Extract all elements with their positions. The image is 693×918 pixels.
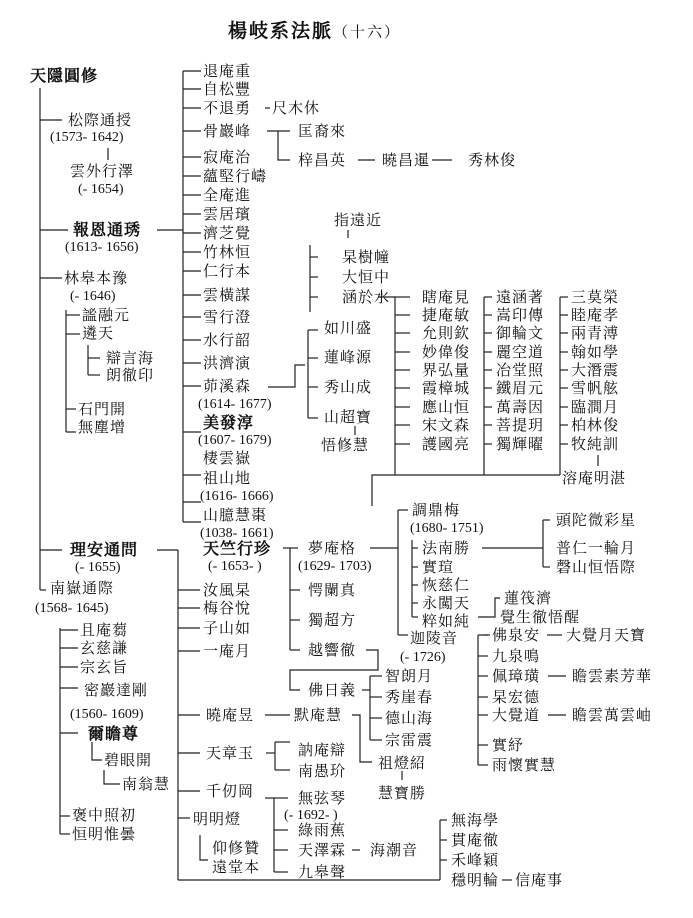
node-erzhan: 爾瞻尊 — [88, 725, 139, 742]
node-qingshan: 磬山恒悟際 — [556, 559, 636, 576]
node-c4: 骨巖峰 — [203, 123, 251, 140]
node-gaohong: 杲宏德 — [492, 689, 540, 706]
node-hanyu: 涵於水 — [342, 289, 390, 306]
node-kuoci: 恢慈仁 — [422, 577, 470, 594]
col1-item: 應山恒 — [422, 399, 470, 416]
node-c3a: 尺木休 — [272, 100, 320, 117]
node-puren: 普仁一輪月 — [556, 540, 636, 557]
node-nean: 訥庵辯 — [298, 742, 346, 759]
node-xiuya: 秀崖春 — [385, 689, 433, 706]
col2-item: 冶堂照 — [496, 362, 544, 379]
node-yian: 一庵月 — [203, 643, 251, 660]
col2-item: 鐵眉元 — [496, 380, 544, 397]
node-qianren: 千仞岡 — [206, 783, 254, 800]
node-shixuan: 實瑄 — [422, 559, 454, 576]
node-qiean: 且庵蒭 — [80, 622, 128, 639]
node-c11: 仁行本 — [203, 263, 251, 280]
node-langche: 朗徹印 — [106, 367, 154, 384]
col3-item: 兩青溥 — [571, 325, 619, 342]
node-duchao: 獨超方 — [308, 612, 356, 629]
node-tianzhang: 天章玉 — [206, 745, 254, 762]
node-c4a: 匡裔來 — [298, 123, 346, 140]
col2-item: 萬壽因 — [496, 399, 544, 416]
node-nanweng: 南翁慧 — [122, 776, 170, 793]
node-ruchuan: 如川盛 — [324, 320, 372, 337]
node-zhilang: 智朗月 — [385, 668, 433, 685]
node-c3: 不退勇 — [203, 100, 251, 117]
node-c5: 寂庵治 — [203, 149, 251, 166]
col2-item: 嵩印傳 — [496, 307, 544, 324]
node-fori: 佛日義 — [308, 682, 356, 699]
node-shiyu: 實紓 — [492, 737, 524, 754]
node-lianfeng: 蓮峰源 — [324, 349, 372, 366]
col1-item: 捷庵敏 — [422, 307, 470, 324]
node-lianfa: 蓮筏濟 — [504, 590, 552, 607]
node-xiaoan: 曉庵昱 — [206, 707, 254, 724]
node-yuexiang: 越響徹 — [308, 642, 356, 659]
dates-jialing: (- 1726) — [400, 650, 446, 666]
node-ruofeng: 汝風杲 — [203, 582, 251, 599]
node-guanan: 貫庵徹 — [451, 832, 499, 849]
node-foquan: 佛泉安 — [492, 627, 540, 644]
node-jiuquan2: 九皋聲 — [298, 864, 346, 881]
node-zongxuan: 宗玄旨 — [80, 659, 128, 676]
node-dajue1: 大覺月天寶 — [566, 627, 646, 644]
node-c4d: 秀林俊 — [468, 152, 516, 169]
node-deshan: 德山海 — [385, 710, 433, 727]
node-yongchuang: 永闖天 — [422, 595, 470, 612]
node-zhanyun2: 瞻雲萬雲岫 — [572, 707, 652, 724]
node-yirong: 謐融元 — [82, 307, 130, 324]
col3-item: 柏林俊 — [571, 417, 619, 434]
col1-item: 妙偉俊 — [422, 344, 470, 361]
node-nanyue: 南嶽通際 — [50, 580, 114, 597]
node-xinan: 信庵事 — [515, 872, 563, 889]
node-c9: 濟芝覺 — [203, 225, 251, 242]
node-biyan: 碧眼開 — [104, 752, 152, 769]
node-peizhang: 佩璋璜 — [492, 668, 540, 685]
dates-c17: (1607- 1679) — [198, 433, 272, 449]
lineage-diagram: 楊岐系法脈（十六） — [0, 0, 693, 918]
node-tianzhu: 天竺行珍 — [203, 540, 271, 557]
node-c1: 退庵重 — [203, 63, 251, 80]
col3-item: 大潛震 — [571, 362, 619, 379]
dates-baoen: (1613- 1656) — [65, 240, 139, 256]
col1-item: 護國亮 — [422, 436, 470, 453]
node-c12: 雲橫謀 — [203, 287, 251, 304]
node-c6: 蘊堅行嶹 — [203, 168, 267, 185]
col1-item: 界弘量 — [422, 362, 470, 379]
col3-item: 三莫榮 — [571, 289, 619, 306]
node-tiaoding: 調鼎梅 — [412, 502, 460, 519]
dates-linggao: (- 1646) — [70, 289, 116, 305]
node-zhanyun1: 瞻雲素芳華 — [572, 668, 652, 685]
node-mingming: 明明燈 — [193, 811, 241, 828]
node-zhiyuan: 指遠近 — [334, 212, 382, 229]
dates-tiaoding: (1680- 1751) — [410, 521, 484, 537]
node-zudeng: 祖燈紹 — [378, 755, 426, 772]
node-lvyu: 綠雨蕉 — [298, 822, 346, 839]
node-c2: 自松豐 — [203, 81, 251, 98]
dates-songji: (1573- 1642) — [50, 130, 124, 146]
col3-item: 牧純訓 — [571, 436, 619, 453]
node-c4b: 梓昌英 — [298, 152, 346, 169]
dates-miyan: (1560- 1609) — [70, 707, 144, 723]
node-zonglei: 宗雷震 — [385, 732, 433, 749]
node-toutuo: 頭陀微彩星 — [556, 512, 636, 529]
node-ziShan: 子山如 — [203, 620, 251, 637]
dates-c16: (1614- 1677) — [198, 397, 272, 413]
node-fanan: 法南勝 — [422, 540, 470, 557]
node-xiushan: 秀山成 — [324, 379, 372, 396]
col1-item: 瞎庵見 — [422, 289, 470, 306]
node-yangxiu: 仰修贊 — [212, 840, 260, 857]
node-yuantang: 遠堂本 — [212, 859, 260, 876]
node-juedao: 大覺道 — [492, 707, 540, 724]
node-c13: 雪行澄 — [203, 309, 251, 326]
node-xuanci: 玄慈謙 — [80, 640, 128, 657]
node-haichao: 海潮音 — [370, 842, 418, 859]
node-moan: 默庵慧 — [294, 707, 342, 724]
node-cuiru: 粹如純 — [422, 613, 470, 630]
col1-item: 允則欽 — [422, 325, 470, 342]
node-lian: 理安通問 — [70, 541, 138, 558]
node-tianyin: 天隱圓修 — [30, 67, 98, 84]
node-c18: 棲雲嶽 — [203, 450, 251, 467]
node-meigu: 梅谷悅 — [203, 600, 251, 617]
col3-item: 翰如學 — [571, 344, 619, 361]
node-huibao: 慧寶勝 — [378, 785, 426, 802]
node-jiuquan: 九泉鳴 — [492, 648, 540, 665]
node-hefeng: 禾峰穎 — [451, 852, 499, 869]
node-mengan: 夢庵格 — [308, 540, 356, 557]
dates-c19: (1616- 1666) — [200, 489, 274, 505]
node-c15: 洪濟演 — [203, 355, 251, 372]
node-nanyu: 南愚玠 — [298, 763, 346, 780]
node-c4c: 曉昌暹 — [382, 152, 430, 169]
node-hengming: 恒明惟曇 — [72, 826, 136, 843]
node-jueshen: 覺生徹悟醒 — [500, 609, 580, 626]
col3-item: 雪帆舷 — [571, 380, 619, 397]
node-c16: 茆溪森 — [203, 378, 251, 395]
col2-item: 菩提玥 — [496, 417, 544, 434]
node-baoen: 報恩通琇 — [73, 221, 141, 238]
node-shanchao: 山超寶 — [324, 409, 372, 426]
node-c20: 山臆慧棗 — [203, 507, 267, 524]
node-wuxiu: 悟修慧 — [321, 437, 369, 454]
col1-item: 宋文森 — [422, 417, 470, 434]
node-wuhai: 無海學 — [451, 812, 499, 829]
dates-yunwai: (- 1654) — [78, 182, 124, 198]
node-yunwai: 雲外行澤 — [70, 163, 134, 180]
col3-item: 睦庵孝 — [571, 307, 619, 324]
dates-tianzhu: (- 1653- ) — [208, 559, 262, 575]
dates-nanyue: (1568- 1645) — [35, 601, 109, 617]
node-wenming: 穩明輪 — [451, 872, 499, 889]
col2-item: 獨輝曜 — [496, 436, 544, 453]
node-miyan: 密巖達剛 — [84, 682, 148, 699]
node-c10: 竹林恒 — [203, 244, 251, 261]
node-baozhong: 褒中照初 — [72, 807, 136, 824]
node-wuxian: 無弦琴 — [298, 790, 346, 807]
node-rongan: 溶庵明湛 — [562, 470, 626, 487]
node-c19: 祖山地 — [203, 470, 251, 487]
dates-mengan: (1629- 1703) — [298, 559, 372, 575]
node-c7: 全庵進 — [203, 187, 251, 204]
node-luotian: 遴天 — [82, 325, 114, 342]
node-yuhuai: 雨懷實慧 — [492, 757, 556, 774]
node-gaoshu: 杲樹幢 — [342, 249, 390, 266]
dates-lian: (- 1655) — [75, 560, 121, 576]
node-bianyan: 辯言海 — [106, 350, 154, 367]
node-linggao: 林皋本豫 — [64, 270, 128, 287]
col1-item: 霞樟城 — [422, 380, 470, 397]
node-daheng: 大恒中 — [342, 269, 390, 286]
col2-item: 麗空道 — [496, 344, 544, 361]
node-jialing: 迦陵音 — [410, 630, 458, 647]
node-c14: 水行韶 — [203, 332, 251, 349]
col2-item: 御輪文 — [496, 325, 544, 342]
node-tianze: 天澤霖 — [298, 842, 346, 859]
node-wuchen: 無塵增 — [78, 419, 126, 436]
col2-item: 遠涵著 — [496, 289, 544, 306]
col3-item: 臨澗月 — [571, 399, 619, 416]
node-songji: 松際通授 — [68, 112, 132, 129]
node-shimen: 石門開 — [78, 401, 126, 418]
node-c17: 美發淳 — [203, 414, 254, 431]
node-c8: 雲居璸 — [203, 206, 251, 223]
node-elan: 愕闌真 — [308, 582, 356, 599]
